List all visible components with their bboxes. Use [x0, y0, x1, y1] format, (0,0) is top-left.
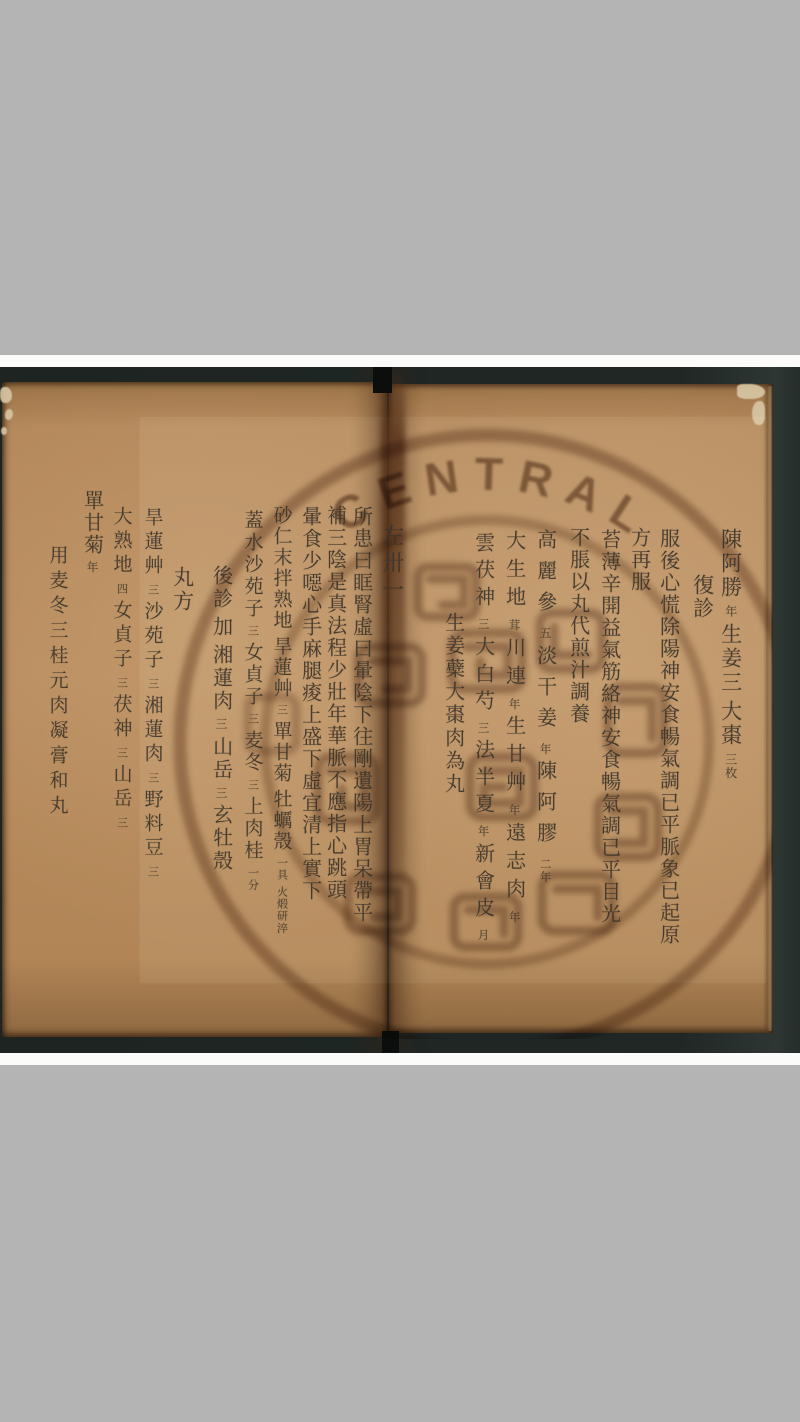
column-text: 茯神 [111, 694, 133, 742]
column-text: 三 [276, 704, 289, 716]
column-text: 月 [477, 929, 491, 942]
column-text: 不脹以丸代煎汁調養 [567, 527, 591, 725]
column-text: 大生地 [503, 530, 527, 614]
column-text: 三 [215, 718, 229, 731]
manuscript-column: 單甘菊年 [81, 490, 103, 574]
column-text: 大棗 [719, 700, 743, 748]
manuscript-column: 丸方 [171, 566, 194, 614]
manuscript-column: 高麗參五淡干姜年陳阿膠二年 [534, 529, 556, 883]
column-text: 後診 [210, 565, 234, 611]
manuscript-column: 後診加湘蓮肉三山岳三玄牡殼 [210, 565, 232, 873]
column-text: 二年 [539, 858, 553, 883]
column-text: 女貞子 [242, 642, 264, 708]
column-text: 暈食少噁心手麻腿痠上盛下虛宜清上實下 [299, 506, 323, 902]
screenshot-canvas: { "palette": { "gray": "#b4b4b4", "white… [0, 0, 800, 1422]
column-text: 大白芍 [472, 636, 496, 717]
column-text: 三 [477, 618, 491, 631]
column-text: 苔薄辛開益氣筋絡神安食暢氣調已平目光 [598, 529, 622, 925]
manuscript-column: 不脹以丸代煎汁調養 [567, 527, 589, 725]
column-text: 湘蓮肉 [210, 644, 234, 713]
manuscript-column: 服後心慌除陽神安食暢氣調已平脈象已起原 [657, 528, 679, 946]
column-text: 方再服 [628, 527, 652, 593]
column-text: 生姜三 [719, 623, 743, 695]
column-text: 年 [539, 743, 553, 756]
column-text: 單甘菊 [271, 721, 293, 784]
column-text: 蓋水沙苑子 [242, 510, 264, 620]
column-text: 年 [86, 561, 100, 574]
paper-damage-chip [0, 387, 12, 403]
column-text: 丸方 [171, 566, 195, 614]
column-text: 三 [477, 722, 491, 735]
column-text: 三 [147, 584, 160, 596]
column-text: 單甘菊 [81, 490, 105, 556]
column-text: 新會皮 [472, 843, 496, 924]
manuscript-column: 陳阿勝年生姜三大棗三枚 [719, 528, 742, 780]
manuscript-column: 蓋水沙苑子三女貞子三麦冬三上肉桂一分 [242, 510, 263, 891]
spine-notch [382, 1031, 399, 1053]
column-text: 陳阿勝 [719, 528, 743, 600]
column-text: 砂仁末拌熟地 [271, 505, 293, 631]
separator-bottom [0, 1053, 800, 1065]
manuscript-column: 用麦冬三桂元肉凝膏和丸 [47, 545, 68, 820]
column-text: 一分 [247, 867, 260, 891]
column-text: 生甘艸 [503, 715, 527, 799]
column-text: 年 [508, 804, 522, 817]
column-text: 三 [215, 787, 229, 800]
column-text: 雲茯神 [472, 532, 496, 613]
manuscript-column: 左卅一 [379, 524, 403, 605]
manuscript-column: 苔薄辛開益氣筋絡神安食暢氣調已平目光 [598, 529, 620, 925]
column-text: 年 [477, 825, 491, 838]
gutter-stain [381, 375, 405, 1015]
column-text: 三 [116, 747, 129, 759]
column-text: 加 [210, 616, 234, 639]
column-text: 野料豆 [142, 789, 164, 861]
paper-damage-chip [1, 427, 7, 435]
column-text: 牡蠣殼 [271, 789, 293, 852]
column-text: 生姜蘗大棗肉為丸 [442, 612, 466, 796]
column-text: 大熟地 [111, 506, 133, 578]
column-text: 三 [147, 772, 160, 784]
column-text: 補三陰是真法程少壯年華脈不應指心跳頭 [324, 505, 348, 901]
manuscript-column: 砂仁末拌熟地旱蓮艸三單甘菊牡蠣殼一具火煅研淬 [271, 505, 292, 934]
column-text: 年 [508, 698, 522, 711]
column-text: 火煅研淬 [276, 886, 289, 934]
column-text: 三 [147, 678, 160, 690]
manuscript-column: 旱蓮艸三沙苑子三湘蓮肉三野料豆三 [142, 507, 163, 878]
column-text: 三 [147, 866, 160, 878]
column-text: 五 [539, 627, 553, 640]
column-text: 川連 [503, 637, 527, 693]
column-text: 淡干姜 [534, 645, 558, 738]
column-text: 山岳 [111, 764, 133, 812]
column-text: 玄牡殼 [210, 804, 234, 873]
column-text: 一具 [276, 857, 289, 881]
book-scan-photo: CENTRAL 左卅一所患曰眶腎虛 [0, 367, 800, 1053]
column-text: 麦冬 [242, 730, 264, 774]
column-text: 用麦冬三桂元肉凝膏和丸 [47, 545, 69, 820]
column-text: 三 [116, 817, 129, 829]
column-text: 陳阿膠 [534, 760, 558, 853]
paper-damage-chip [737, 384, 765, 399]
column-text: 山岳 [210, 736, 234, 782]
column-text: 沙苑子 [142, 601, 164, 673]
column-text: 服後心慌除陽神安食暢氣調已平脈象已起原 [657, 528, 681, 946]
manuscript-column: 大生地茸川連年生甘艸年遠志肉年 [503, 530, 525, 923]
column-text: 左卅一 [379, 524, 404, 605]
manuscript-column: 大熟地四女貞子三茯神三山岳三 [111, 506, 132, 829]
manuscript-column: 雲茯神三大白芍三法半夏年新會皮月 [472, 532, 494, 941]
manuscript-column: 復診 [691, 574, 714, 620]
column-text: 三 [247, 779, 260, 791]
column-text: 遠志肉 [503, 822, 527, 906]
manuscript-column: 生姜蘗大棗肉為丸 [442, 612, 464, 796]
manuscript-column: 方再服 [628, 527, 650, 593]
column-text: 上肉桂 [242, 796, 264, 862]
column-text: 茸 [508, 619, 522, 632]
spine-notch [373, 367, 392, 393]
column-text: 女貞子 [111, 600, 133, 672]
column-text: 湘蓮肉 [142, 695, 164, 767]
column-text: 三枚 [724, 753, 738, 779]
column-text: 年 [724, 605, 738, 618]
column-text: 所患曰眶腎虛曰暈陰下往剛遺陽上胃呆帶平 [350, 506, 374, 924]
column-text: 旱蓮艸 [142, 507, 164, 579]
column-text: 四 [116, 583, 129, 595]
column-text: 三 [247, 625, 260, 637]
manuscript-column: 暈食少噁心手麻腿痠上盛下虛宜清上實下 [299, 506, 321, 902]
column-text: 法半夏 [472, 739, 496, 820]
column-text: 高麗參 [534, 529, 558, 622]
manuscript-column: 所患曰眶腎虛曰暈陰下往剛遺陽上胃呆帶平 [350, 506, 372, 924]
separator-top [0, 355, 800, 367]
column-text: 年 [508, 911, 522, 924]
column-text: 旱蓮艸 [271, 636, 293, 699]
letterbox-bottom [0, 1065, 800, 1422]
letterbox-top [0, 0, 800, 355]
manuscript-column: 補三陰是真法程少壯年華脈不應指心跳頭 [324, 505, 346, 901]
column-text: 三 [247, 713, 260, 725]
column-text: 復診 [691, 574, 715, 620]
column-text: 三 [116, 677, 129, 689]
